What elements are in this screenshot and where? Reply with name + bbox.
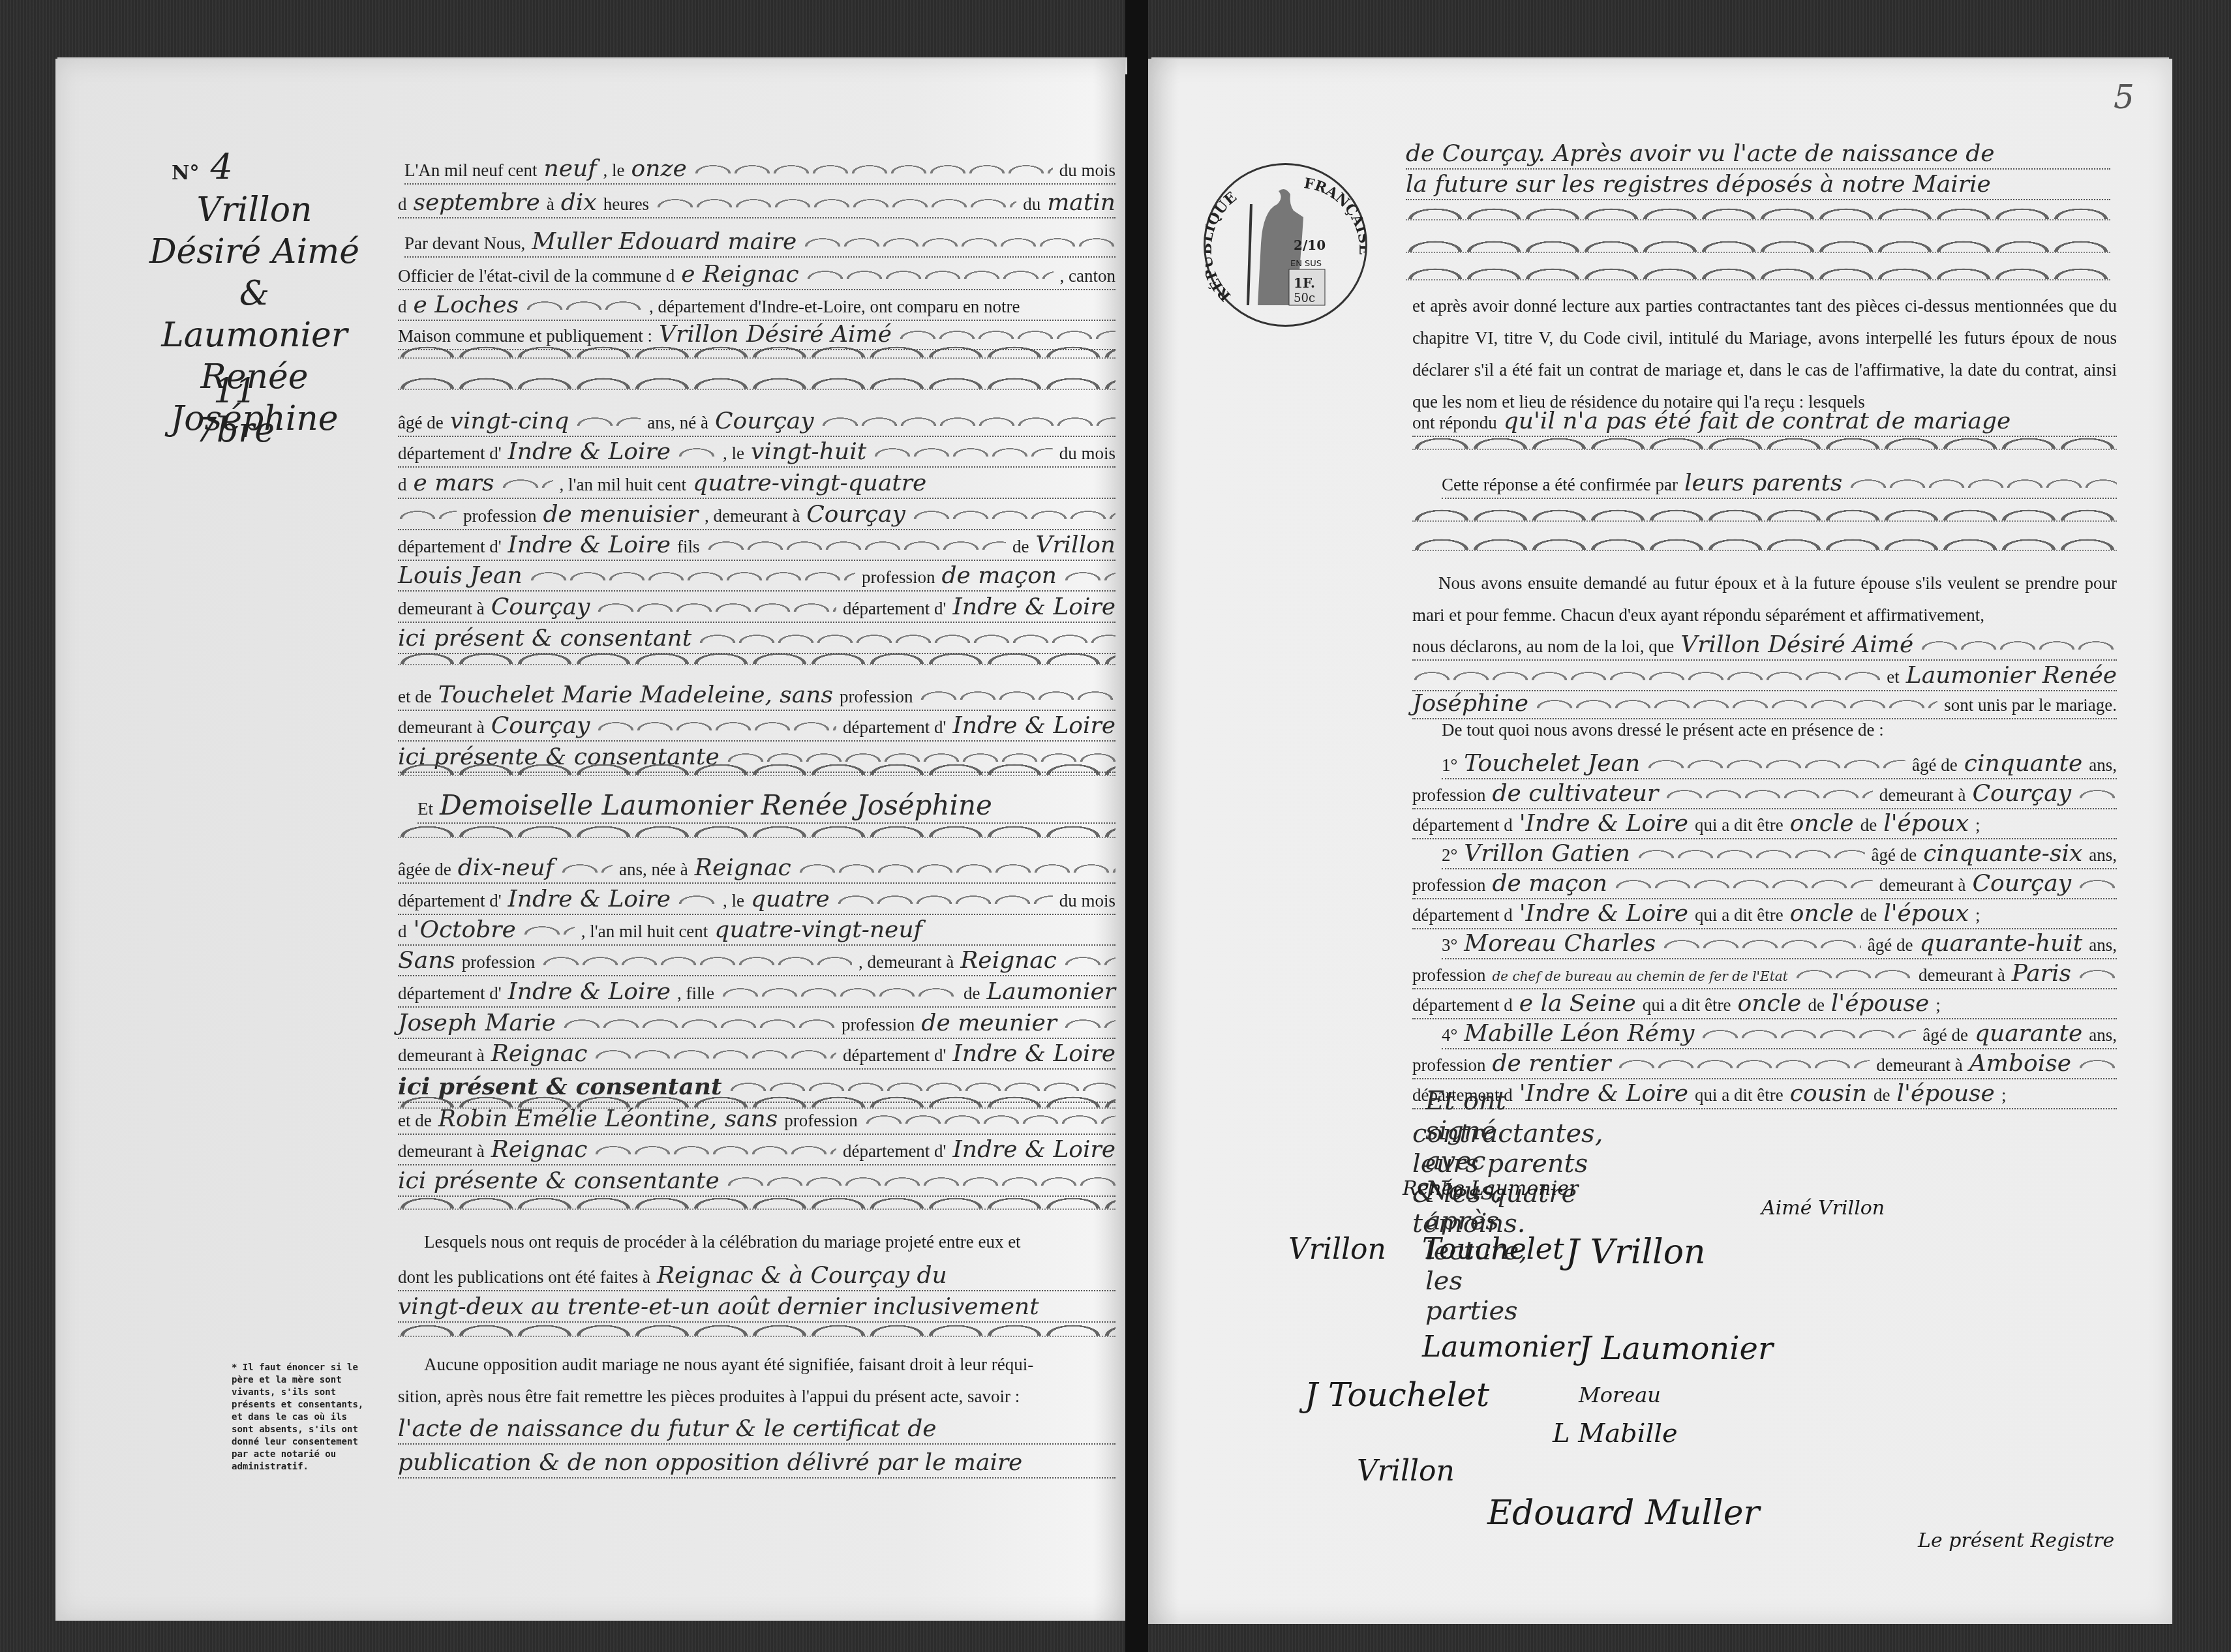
label: , canton [1060,266,1115,286]
line-confirmee: Cette réponse a été confirmée par leurs … [1442,470,2117,499]
label: département d' [398,984,502,1004]
line-bride-profession: Sans profession , demeurant à Reignac [398,947,1115,976]
line-continuation-1: de Courçay. Après avoir vu l'acte de nai… [1406,140,2110,170]
line-bride-mother-status: ici présente & consentante [398,1167,1115,1197]
label: demeurant à [398,599,485,619]
bride-father-dept: Indre & Loire [952,1040,1115,1067]
label: de [1012,537,1029,557]
witness-3-relation-line: département d e la Seine qui a dit être … [1412,990,2117,1019]
page-number: 5 [2114,78,2134,116]
filler-squiggle [873,447,1053,457]
groom-father-residence: Courçay [491,593,590,620]
filler-squiggle [729,1082,1115,1091]
svg-text:50c: 50c [1294,292,1315,305]
documents-line1: l'acte de naissance du futur & le certif… [398,1415,937,1442]
label: profession [1412,875,1485,895]
bride-mother-dept: Indre & Loire [952,1136,1115,1163]
bride-birth-day: quatre [751,886,830,912]
label: ans, née à [619,860,688,880]
line-bride-father: département d' Indre & Loire , fille de … [398,978,1115,1008]
filler-line [398,1197,1115,1210]
signature: Vrillon [1288,1233,1386,1266]
filler-squiggle [1617,1059,1870,1068]
demande-text: Nous avons ensuite demandé au futur épou… [1412,573,2117,625]
witness-dept: 'Indre & Loire [1519,900,1688,927]
witness-4-profession-line: profession de rentier demeurant à Ambois… [1412,1050,2117,1079]
witness-name: Vrillon Gatien [1464,840,1630,867]
label: , demeurant à [858,952,954,972]
filler-squiggle [1701,1029,1916,1038]
bride-birthplace: Reignac [695,854,791,881]
filler-squiggle [1412,671,1880,680]
label: âgé de [1872,845,1917,865]
declared-groom: Vrillon Désiré Aimé [1680,631,1913,658]
witness-profession: de cultivateur [1492,780,1658,807]
label: demeurant à [398,717,485,738]
label: profession [784,1111,857,1131]
marianne-stamp-icon: RÉPUBLIQUE FRANÇAISE 2/10 EN SUS 1F. 50c [1206,165,1365,325]
hour-value: dix [561,189,597,216]
filler-line [1412,538,2117,551]
line-groom-father: département d' Indre & Loire fils de Vri… [398,532,1115,561]
witness-age: cinquante-six [1923,840,2082,867]
label: , demeurant à [705,506,800,526]
filler-squiggle [1535,699,1937,708]
margin-conjunction: & [130,273,378,314]
filler-squiggle [821,417,1115,426]
filler-squiggle [677,447,716,457]
label: de [1874,1085,1890,1105]
margin-bride-surname: Laumonier [130,314,378,356]
line-documents-1: l'acte de naissance du futur & le certif… [398,1415,1115,1445]
label: profession [462,952,535,972]
filler-squiggle [1063,571,1115,580]
filler-line [398,346,1115,359]
signature: Moreau [1579,1383,1661,1407]
signature: J Touchelet [1305,1376,1489,1414]
bride-birth-dept: Indre & Loire [508,886,671,912]
footnote: * Il faut énoncer si le père et la mère … [232,1362,372,1473]
label: demeurant à [398,1141,485,1162]
witness-profession: de rentier [1492,1050,1611,1077]
line-groom-age: âgé de vingt-cinq ans, né à Courçay [398,408,1115,437]
opposition-line1: Aucune opposition audit mariage ne nous … [424,1355,1033,1374]
line-bride-birthyear: d 'Octobre , l'an mil huit cent quatre-v… [398,916,1115,946]
filler-squiggle [594,1145,836,1154]
filler-squiggle [398,510,457,519]
day-value: onze [631,155,687,182]
witness-dept: e la Seine [1519,990,1636,1017]
label: , l'an mil huit cent [581,922,708,942]
witness-profession: de maçon [1492,870,1607,897]
declared-bride-1: Laumonier Renée [1906,662,2117,689]
line-repondu: ont répondu qu'il n'a pas été fait de co… [1412,408,2117,437]
witness-relation-of: l'épouse [1896,1080,1994,1107]
label: d [398,475,407,495]
groom-birth-month: e mars [414,470,494,496]
signature: L Mabille [1553,1419,1678,1449]
filler-line [1412,509,2117,522]
label: département d' [398,443,502,464]
bride-profession: Sans [398,947,455,974]
witness-name: Moreau Charles [1464,930,1656,957]
label: et de [398,687,432,707]
label: , l'an mil huit cent [560,475,687,495]
declared-bride-2: Joséphine [1412,690,1528,717]
groom-birth-dept: Indre & Loire [508,438,671,465]
bride-birth-month: 'Octobre [414,916,516,943]
month-value: septembre [414,189,540,216]
label: Par devant Nous, [404,233,525,254]
witness-name: Touchelet Jean [1464,750,1640,777]
line-bride-mother-res: demeurant à Reignac département d' Indre… [398,1136,1115,1165]
label: qui a dit être [1695,905,1783,925]
publication-dates: vingt-deux au trente-et-un août dernier … [398,1293,1039,1320]
label: ans, [2089,1025,2117,1045]
filler-line [398,763,1115,776]
filler-squiggle [864,1115,1115,1124]
label: profession [463,506,536,526]
filler-squiggle [836,895,1053,904]
groom-birthplace: Courçay [715,408,814,434]
filler-squiggle [1665,789,1873,798]
line-groom-mother-res: demeurant à Courçay département d' Indre… [398,712,1115,742]
filler-squiggle [2078,1059,2117,1068]
line-canton: d e Loches , département d'Indre-et-Loir… [398,292,1115,321]
line-officer: Par devant Nous, Muller Edouard maire [404,228,1115,258]
opposition-text: Aucune opposition audit mariage ne nous … [398,1349,1115,1413]
continuation-text-2: la future sur les registres déposés à no… [1406,171,1991,198]
canton-value: e Loches [414,292,519,318]
line-month: d septembre à dix heures du matin [398,189,1115,218]
line-continuation-2: la future sur les registres déposés à no… [1406,171,2110,200]
filler-line [398,1324,1115,1337]
label: ans, né à [647,413,708,433]
opposition-line2: sition, après nous être fait remettre le… [398,1387,1020,1406]
bride-birth-year: quatre-vingt-neuf [714,916,922,943]
label: ans, [2089,755,2117,775]
filler-squiggle [575,417,641,426]
line-publications-places: dont les publications ont été faites à R… [398,1262,1115,1291]
label: département d' [843,1045,947,1066]
filler-squiggle [541,956,852,965]
line-bride-age: âgée de dix-neuf ans, née à Reignac [398,854,1115,884]
signature: Renée Laumonier [1403,1177,1578,1200]
signature: J Laumonier [1579,1330,1773,1367]
line-year: L'An mil neuf cent neuf , le onze du moi… [404,155,1115,185]
witness-number: 1° [1442,755,1457,775]
label: département d' [843,599,947,619]
label: âgé de [1922,1025,1968,1045]
witness-residence: Courçay [1972,780,2071,807]
label: demeurant à [398,1045,485,1066]
repondu-value: qu'il n'a pas été fait de contrat de mar… [1504,408,2011,434]
witness-residence: Courçay [1972,870,2071,897]
groom-father-surname: Vrillon [1035,532,1115,558]
filler-squiggle [1849,479,2117,488]
svg-text:EN SUS: EN SUS [1290,259,1322,269]
filler-line [1412,437,2117,450]
label: demeurant à [1919,965,2005,985]
filler-squiggle [2078,969,2117,978]
filler-squiggle [798,864,1115,873]
filler-squiggle [806,270,1054,279]
filler-squiggle [1637,849,1865,858]
filler-squiggle [525,301,643,310]
filler-squiggle [1647,759,1905,768]
filler-squiggle [2078,879,2117,888]
line-declarons: nous déclarons, au nom de la loi, que Vr… [1412,631,2117,661]
line-groom-profession: profession de menuisier , demeurant à Co… [398,501,1115,530]
label: département d' [398,537,502,557]
witness-dept: 'Indre & Loire [1519,810,1688,837]
label: du mois [1059,160,1115,181]
signature: Touchelet [1422,1233,1564,1266]
svg-text:1F.: 1F. [1294,275,1315,291]
label: ans, [2089,935,2117,955]
groom-father-given: Louis Jean [398,562,523,589]
filler-squiggle [596,721,836,730]
label: département d [1412,905,1513,925]
bride-father-surname: Laumonier [986,978,1115,1005]
filler-line [1406,267,2110,280]
filler-squiggle [1795,969,1912,978]
bride-age: dix-neuf [458,854,554,881]
label: de [1860,905,1877,925]
filler-squiggle [706,541,1006,550]
label: ans, [2089,845,2117,865]
label: , le [723,443,744,464]
groom-father-profession: de maçon [942,562,1057,589]
lecture-paragraph: et après avoir donné lecture aux parties… [1412,290,2117,418]
demande-paragraph: Nous avons ensuite demandé au futur épou… [1412,567,2117,631]
svg-text:RÉPUBLIQUE: RÉPUBLIQUE [1206,188,1240,305]
label: , le [603,160,625,181]
label: du [1023,194,1040,215]
filler-squiggle [562,1019,835,1028]
filler-squiggle [919,691,1115,700]
bride-father-profession: de meunier [921,1010,1057,1036]
witness-relation-of: l'épouse [1831,990,1929,1017]
line-groom-birthyear: d e mars , l'an mil huit cent quatre-vin… [398,470,1115,499]
filler-squiggle [594,1049,836,1059]
svg-text:2/10: 2/10 [1294,237,1326,253]
witness-dept: 'Indre & Loire [1519,1080,1688,1107]
signature: Laumonier [1422,1330,1579,1364]
officer-value: Muller Edouard maire [532,228,797,255]
filler-squiggle [1920,640,2117,650]
filler-squiggle [1063,1019,1115,1028]
groom-profession: de menuisier [543,501,698,528]
filler-squiggle [721,987,957,997]
label: du mois [1059,891,1115,911]
line-bride-birthdate: département d' Indre & Loire , le quatre… [398,886,1115,915]
label: profession [1412,1055,1485,1075]
line-publications-dates: vingt-deux au trente-et-un août dernier … [398,1293,1115,1323]
label: Officier de l'état-civil de la commune d [398,266,675,286]
witness-relation: oncle [1790,900,1854,927]
label: et [1887,667,1900,687]
filler-squiggle [529,571,856,580]
witness-relation: oncle [1790,810,1854,837]
filler-squiggle [1063,956,1115,965]
label: qui a dit être [1695,1085,1783,1105]
label: âgé de [1912,755,1958,775]
line-declared-bride: et Laumonier Renée [1412,662,2117,691]
witness-number: 2° [1442,845,1457,865]
signature: J Vrillon [1566,1233,1705,1272]
commune-value: e Reignac [681,261,799,288]
groom-mother-residence: Courçay [491,712,590,739]
witness-age: cinquante [1964,750,2083,777]
witness-number: 4° [1442,1025,1457,1045]
line-groom-father-res: demeurant à Courçay département d' Indre… [398,593,1115,623]
groom-res-dept: Indre & Loire [508,532,671,558]
witness-2-name-line: 2° Vrillon Gatien âgé de cinquante-six a… [1442,840,2117,869]
publication-places: Reignac & à Courçay du [657,1262,947,1289]
label: à [547,194,554,215]
label: de [964,984,980,1004]
witness-residence: Amboise [1969,1050,2071,1077]
margin-date: 11 7bre [170,372,300,450]
filler-squiggle [2078,789,2117,798]
label: demeurant à [1879,875,1966,895]
filler-squiggle [501,479,553,488]
filler-squiggle [596,603,836,612]
label: âgé de [1868,935,1913,955]
filler-squiggle [698,634,1115,643]
label: d [398,297,407,317]
witness-age: quarante-huit [1919,930,2082,957]
line-groom-father-status: ici présent & consentant [398,625,1115,654]
label: de [1860,815,1877,835]
witness-number: 3° [1442,935,1457,955]
label: , département d'Indre-et-Loire, ont comp… [649,297,1020,317]
label: d [398,194,407,215]
bride-res-dept: Indre & Loire [508,978,671,1005]
label: âgée de [398,860,451,880]
witness-relation: oncle [1738,990,1802,1017]
groom-father-dept: Indre & Loire [952,593,1115,620]
label: qui a dit être [1695,815,1783,835]
label: Cette réponse a été confirmée par [1442,475,1678,495]
witness-profession: de chef de bureau au chemin de fer de l'… [1492,969,1787,984]
acte-number-value: 4 [211,147,233,188]
filler-line [398,825,1115,838]
bride-residence: Reignac [960,947,1057,974]
continuation-text-1: de Courçay. Après avoir vu l'acte de nai… [1406,140,1995,167]
filler-squiggle [1662,939,1861,948]
signature: Aimé Vrillon [1761,1197,1885,1220]
publications-line1: Lesquels nous ont requis de procéder à l… [424,1232,1021,1252]
line-bride-name: Et Demoiselle Laumonier Renée Joséphine [417,789,1115,824]
label: L'An mil neuf cent [404,160,538,181]
bride-name: Demoiselle Laumonier Renée Joséphine [440,789,992,821]
filler-line [398,652,1115,665]
tax-stamp: RÉPUBLIQUE FRANÇAISE 2/10 EN SUS 1F. 50c [1204,163,1367,327]
presence-text: De tout quoi nous avons dressé le présen… [1442,714,2117,746]
label: nous déclarons, au nom de la loi, que [1412,637,1674,657]
filler-squiggle [1614,879,1873,888]
label: profession [1412,965,1485,985]
label: , fille [677,984,714,1004]
groom-birth-day: vingt-huit [751,438,866,465]
signature: Vrillon [1357,1454,1455,1488]
label: demeurant à [1876,1055,1963,1075]
line-groom-father-prof: Louis Jean profession de maçon [398,562,1115,592]
label: Et [417,799,433,819]
label: du mois [1059,443,1115,464]
line-bride-father-prof: Joseph Marie profession de meunier [398,1010,1115,1039]
label: heures [603,194,649,215]
label: Maison commune et publiquement : [398,326,652,346]
label: département d [1412,995,1513,1015]
witness-residence: Paris [2012,960,2071,987]
filler-squiggle [726,753,1115,762]
period-value: matin [1047,189,1115,216]
witness-1-profession-line: profession de cultivateur demeurant à Co… [1412,780,2117,809]
label: d [398,922,407,942]
label: , le [723,891,744,911]
publications-text: Lesquels nous ont requis de procéder à l… [398,1226,1115,1258]
label: profession [862,567,935,588]
witness-name: Mabille Léon Rémy [1464,1020,1694,1047]
acte-number-prefix: N° [172,162,199,185]
groom-mother-dept: Indre & Loire [952,712,1115,739]
label: profession [1412,785,1485,805]
label: et de [398,1111,432,1131]
label: département d' [843,1141,947,1162]
filler-line [1406,207,2110,220]
label: dont les publications ont été faites à [398,1267,650,1287]
label: département d' [843,717,947,738]
bride-mother-status: ici présente & consentante [398,1167,720,1194]
line-commune: Officier de l'état-civil de la commune d… [398,261,1115,290]
footer-note: Le présent Registre [1918,1529,2114,1552]
year-value: neuf [544,155,597,182]
filler-squiggle [656,198,1016,207]
filler-squiggle [693,164,1053,173]
filler-squiggle [803,237,1115,247]
groom-mother: Touchelet Marie Madeleine, sans [438,682,833,708]
label: profession [842,1015,915,1035]
label: demeurant à [1879,785,1966,805]
witness-2-relation-line: département d 'Indre & Loire qui a dit ê… [1412,900,2117,929]
bride-mother: Robin Emélie Léontine, sans [438,1105,778,1132]
witness-2-profession-line: profession de maçon demeurant à Courçay [1412,870,2117,899]
witness-1-name-line: 1° Touchelet Jean âgé de cinquante ans, [1442,750,2117,779]
filler-squiggle [560,864,613,873]
witness-relation-of: l'époux [1883,810,1969,837]
groom-birth-year: quatre-vingt-quatre [693,470,926,496]
witness-4-name-line: 4° Mabille Léon Rémy âgé de quarante ans… [1442,1020,2117,1049]
bride-father-residence: Reignac [491,1040,588,1067]
label: âgé de [398,413,444,433]
book-gutter [1125,0,1148,1652]
witness-relation-of: l'époux [1883,900,1969,927]
groom-residence: Courçay [806,501,905,528]
label: qui a dit être [1643,995,1731,1015]
filler-squiggle [523,925,575,935]
label: ont répondu [1412,413,1497,433]
signature: Edouard Muller [1487,1494,1759,1533]
witness-1-relation-line: département d 'Indre & Loire qui a dit ê… [1412,810,2117,839]
line-documents-2: publication & de non opposition délivré … [398,1449,1115,1479]
groom-name-value: Vrillon Désiré Aimé [659,321,892,348]
groom-age: vingt-cinq [450,408,569,434]
line-groom-birthdate: département d' Indre & Loire , le vingt-… [398,438,1115,468]
filler-squiggle [726,1177,1115,1186]
